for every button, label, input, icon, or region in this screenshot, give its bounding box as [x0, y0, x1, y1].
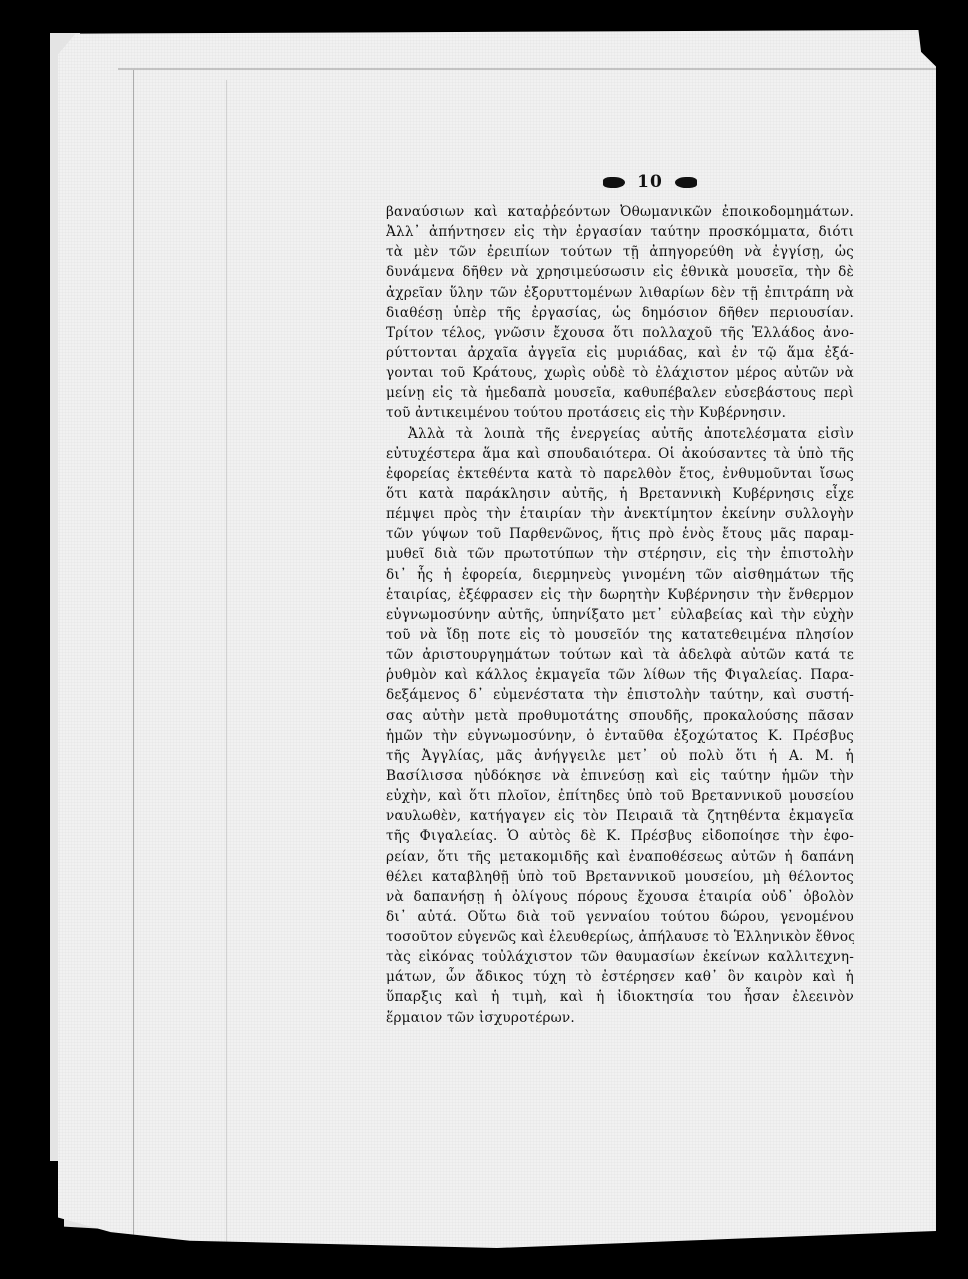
text-line: ἀχρεῖαν ὕλην τῶν ἐξορυττομένων λιθαρίων …	[386, 283, 854, 303]
text-line: εὐγνωμοσύνην αὐτῆς, ὑπηνίξατο μετ᾽ εὐλαβ…	[386, 605, 854, 625]
text-line: βαναύσιων καὶ καταῤῥεόντων Ὀθωμανικῶν ἐπ…	[386, 202, 854, 222]
text-line: τὰς εἰκόνας τοὐλάχιστον τῶν θαυμασίων ἐκ…	[386, 947, 854, 967]
text-line: ὕπαρξις καὶ ἡ τιμὴ, καὶ ἡ ἰδιοκτησία του…	[386, 987, 854, 1007]
text-line: τῆς Ἀγγλίας, μᾶς ἀνήγγειλε μετ᾽ οὐ πολὺ …	[386, 746, 854, 766]
text-line: ἑταιρίας, ἐξέφρασεν εἰς τὴν δωρητὴν Κυβέ…	[386, 585, 854, 605]
text-line: Βασίλισσα ηὐδόκησε νὰ ἐπινεύσῃ καὶ εἰς τ…	[386, 766, 854, 786]
text-line: ρύττονται ἀρχαῖα ἀγγεῖα εἰς μυριάδας, κα…	[386, 343, 854, 363]
text-line: Ἀλλ᾽ ἀπήντησεν εἰς τὴν ἐργασίαν ταύτην π…	[386, 222, 854, 242]
paragraph: Ἀλλὰ τὰ λοιπὰ τῆς ἐνεργείας αὐτῆς ἀποτελ…	[386, 424, 854, 1028]
text-line: ὅτι κατὰ παράκλησιν αὐτῆς, ἡ Βρεταννικὴ …	[386, 484, 854, 504]
page-text: 10 βαναύσιων καὶ καταῤῥεόντων Ὀθωμανικῶν…	[386, 168, 854, 1028]
text-line: δεξάμενος δ᾽ εὐμενέστατα τὴν ἐπιστολὴν τ…	[386, 685, 854, 705]
text-line: τῶν ἀριστουργημάτων τούτων καὶ τὰ ἀδελφὰ…	[386, 645, 854, 665]
fold-line	[226, 80, 227, 1270]
text-line: τῆς Φιγαλείας. Ὁ αὐτὸς δὲ Κ. Πρέσβυς εἰδ…	[386, 826, 854, 846]
body-text: βαναύσιων καὶ καταῤῥεόντων Ὀθωμανικῶν ἐπ…	[386, 202, 854, 1028]
page-top-edge	[118, 68, 968, 70]
page-number: 10	[637, 172, 663, 192]
fold-line	[133, 70, 134, 1270]
text-line: τοῦ ἀντικειμένου τούτου προτάσεις εἰς τὴ…	[386, 403, 854, 423]
text-line: θέλει καταβληθῇ ὑπὸ τοῦ Βρεταννικοῦ μουσ…	[386, 867, 854, 887]
page-header: 10	[386, 168, 854, 196]
text-line: δι᾽ αὐτά. Οὕτω διὰ τοῦ γενναίου τούτου δ…	[386, 907, 854, 927]
text-line: ἕρμαιον τῶν ἰσχυροτέρων.	[386, 1008, 854, 1028]
text-line: τῶν γύψων τοῦ Παρθενῶνος, ἥτις πρὸ ἑνὸς …	[386, 524, 854, 544]
fleuron-right-icon	[675, 177, 697, 188]
text-line: ῥυθμὸν καὶ κάλλος ἐκμαγεῖα τῶν λίθων τῆς…	[386, 665, 854, 685]
text-line: εὐχὴν, καὶ ὅτι πλοῖον, ἐπίτηδες ὑπὸ τοῦ …	[386, 786, 854, 806]
text-line: δυνάμενα δῆθεν νὰ χρησιμεύσωσιν εἰς ἐθνι…	[386, 262, 854, 282]
paragraph: βαναύσιων καὶ καταῤῥεόντων Ὀθωμανικῶν ἐπ…	[386, 202, 854, 424]
text-line: γονται τοῦ Κράτους, χωρὶς οὐδὲ τὸ ἐλάχισ…	[386, 363, 854, 383]
text-line: ἡμῶν τὴν εὐγνωμοσύνην, ὁ ἐνταῦθα ἐξοχώτα…	[386, 726, 854, 746]
text-line: τοσοῦτον εὐγενῶς καὶ ἐλευθερίως, ἀπήλαυσ…	[386, 927, 854, 947]
text-line: μάτων, ὧν ἄδικος τύχη τὸ ἐστέρησεν καθ᾽ …	[386, 967, 854, 987]
text-line: Ἀλλὰ τὰ λοιπὰ τῆς ἐνεργείας αὐτῆς ἀποτελ…	[386, 424, 854, 444]
text-line: ἐφορείας ἐκτεθέντα κατὰ τὸ παρελθὸν ἔτος…	[386, 464, 854, 484]
text-line: εὐτυχέστερα ἅμα καὶ σπουδαιότερα. Οἱ ἀκο…	[386, 444, 854, 464]
text-line: σας αὐτὴν μετὰ προθυμοτάτης σπουδῆς, προ…	[386, 706, 854, 726]
text-line: πέμψει πρὸς τὴν ἑταιρίαν τὴν ἀνεκτίμητον…	[386, 504, 854, 524]
text-line: τοῦ νὰ ἴδῃ ποτε εἰς τὸ μουσεῖόν της κατα…	[386, 625, 854, 645]
text-line: μυθεῖ διὰ τῶν πρωτοτύπων τὴν στέρησιν, ε…	[386, 544, 854, 564]
text-line: μείνῃ εἰς τὰ ἡμεδαπὰ μουσεῖα, καθυπέβαλε…	[386, 383, 854, 403]
text-line: ρείαν, ὅτι τῆς μετακομιδῆς καὶ ἐναποθέσε…	[386, 847, 854, 867]
text-line: ναυλωθὲν, κατήγαγεν εἰς τὸν Πειραιᾶ τὰ ζ…	[386, 806, 854, 826]
text-line: τὰ μὲν τῶν ἐρειπίων τούτων τῇ ἀπηγορεύθη…	[386, 242, 854, 262]
text-line: διαθέσῃ ὑπὲρ τῆς ἐργασίας, ὡς δημόσιον δ…	[386, 303, 854, 323]
text-line: νὰ δαπανήσῃ ἡ ὀλίγους πόρους ἔχουσα ἑται…	[386, 887, 854, 907]
fleuron-left-icon	[603, 177, 625, 188]
text-line: Τρίτον τέλος, γνῶσιν ἔχουσα ὅτι πολλαχοῦ…	[386, 323, 854, 343]
text-line: δι᾽ ἧς ἡ ἐφορεία, διερμηνεὺς γινομένη τῶ…	[386, 565, 854, 585]
